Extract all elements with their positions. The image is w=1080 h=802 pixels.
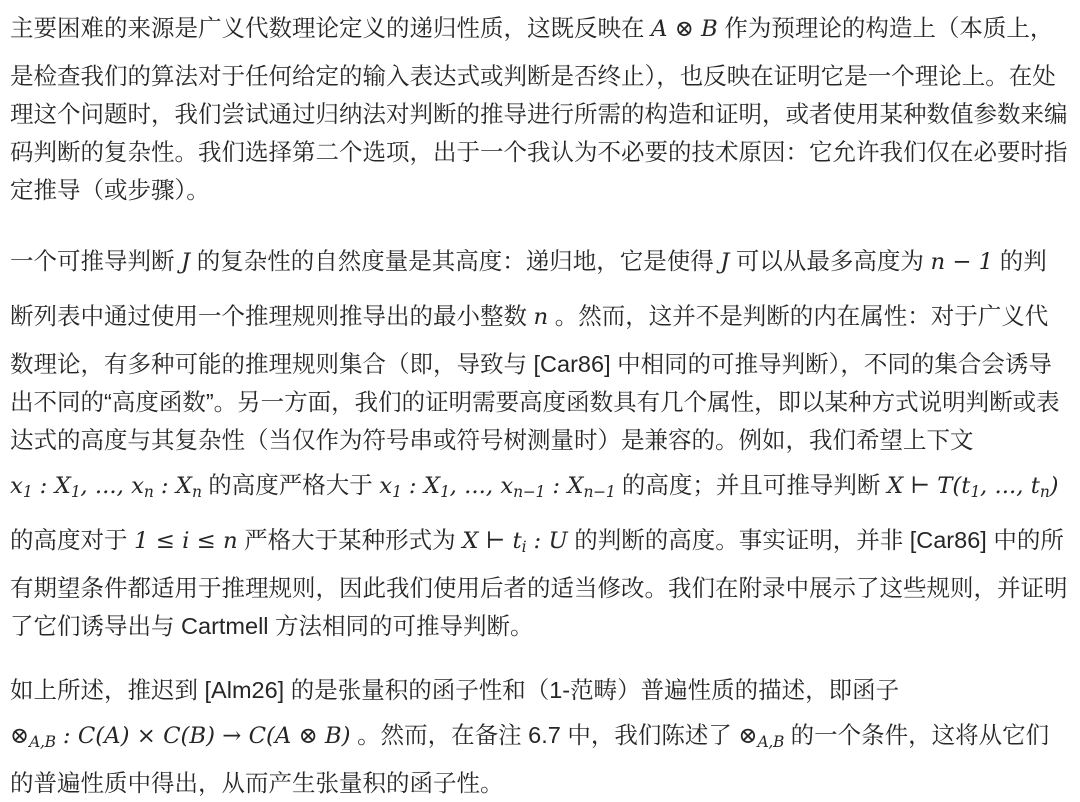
text-run: 可以从最多高度为 [729, 248, 930, 274]
text-run: 一个可推导判断 [10, 248, 181, 274]
paragraph-2: 一个可推导判断 J 的复杂性的自然度量是其高度：递归地，它是使得 J 可以从最多… [10, 235, 1070, 645]
text-run: 。然而，在备注 6.7 中，我们陈述了 [351, 722, 739, 748]
math-run: J [181, 249, 190, 275]
page: { "page": { "background_color": "#ffffff… [0, 0, 1080, 802]
math-run: n [534, 304, 549, 330]
math-run: 1 ≤ i ≤ n [134, 528, 238, 554]
math-run: X ⊢ ti : U [462, 528, 567, 554]
text-run: 的高度严格大于 [202, 472, 380, 498]
text-run: 的复杂性的自然度量是其高度：递归地，它是使得 [190, 248, 720, 274]
math-run: J [720, 249, 729, 275]
text-run: 作为预理论的构造上（本质上，是检查我们的算法对于任何给定的输入表达式或判断是否终… [10, 15, 1068, 203]
math-run: X ⊢ T(t1, ..., tn) [887, 473, 1059, 499]
math-run: ⊗A,B : C(A) × C(B) → C(A ⊗ B) [10, 723, 351, 749]
math-run: n − 1 [930, 249, 993, 275]
text-run: 的高度对于 [10, 527, 134, 553]
math-run: A ⊗ B [651, 16, 718, 42]
math-run: x1 : X1, ..., xn−1 : Xn−1 [379, 473, 615, 499]
text-run: 严格大于某种形式为 [238, 527, 463, 553]
paragraph-3: 如上所述，推迟到 [Alm26] 的是张量积的函子性和（1-范畴）普遍性质的描述… [10, 671, 1070, 802]
document-body: 主要困难的来源是广义代数理论定义的递归性质，这既反映在 A ⊗ B 作为预理论的… [0, 0, 1080, 802]
text-run: 主要困难的来源是广义代数理论定义的递归性质，这既反映在 [10, 15, 651, 41]
math-run: x1 : X1, ..., xn : Xn [10, 473, 202, 499]
paragraph-1: 主要困难的来源是广义代数理论定义的递归性质，这既反映在 A ⊗ B 作为预理论的… [10, 2, 1070, 209]
math-run: ⊗A,B [738, 723, 784, 749]
text-run: 的高度；并且可推导判断 [615, 472, 887, 498]
text-run: 如上所述，推迟到 [Alm26] 的是张量积的函子性和（1-范畴）普遍性质的描述… [10, 677, 899, 703]
